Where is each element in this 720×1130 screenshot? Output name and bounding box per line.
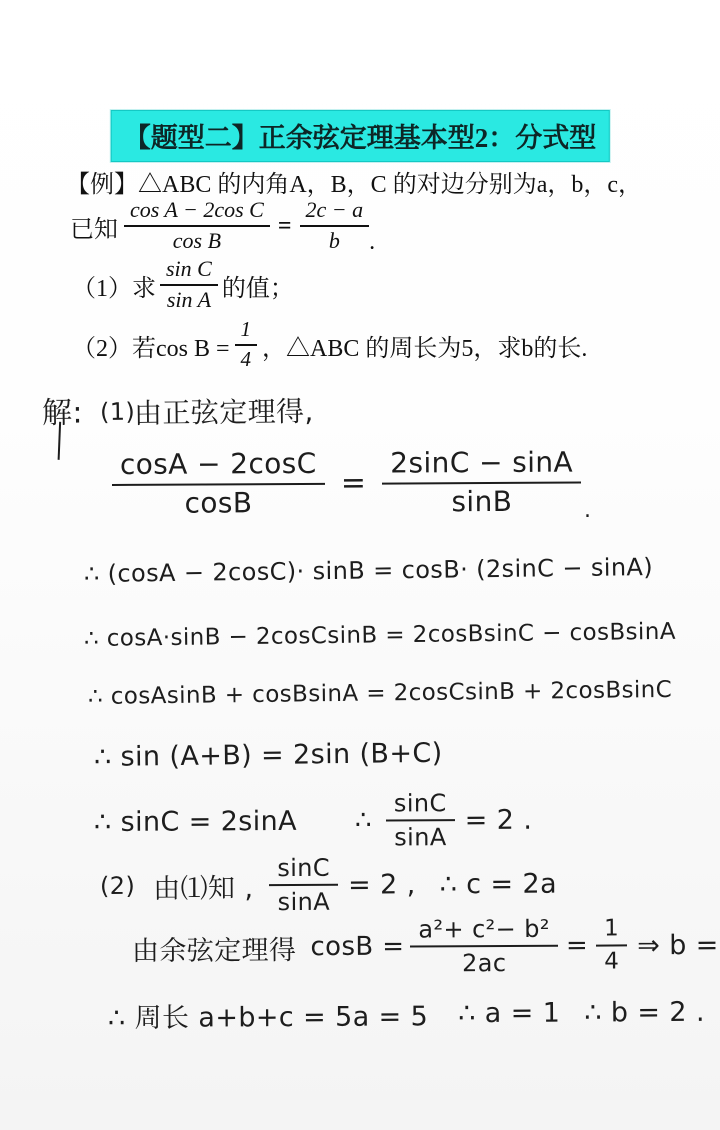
fraction-denominator: sin A: [167, 286, 211, 313]
fraction-numerator: 1: [596, 917, 627, 947]
equals-sign: =: [341, 466, 367, 501]
quarter-fraction: 1 4: [596, 917, 627, 976]
cosine-rule-heading: 由余弦定理得: [132, 928, 297, 968]
fraction-denominator: 2ac: [462, 947, 507, 977]
implies-result: ⇒ b = 2a: [637, 930, 720, 962]
question-1-fraction: sin C sin A: [160, 257, 218, 312]
fraction-numerator: cosA − 2cosC: [112, 449, 325, 486]
solution-step-6-left: ∴ sinC = 2sinA: [94, 806, 297, 838]
given-fraction-left: cos A − 2cos C cos B: [124, 198, 270, 253]
worksheet-page: 【题型二】正余弦定理基本型2：分式型 【例】△ABC 的内角A，B，C 的对边分…: [0, 0, 720, 1130]
final-b-value: ∴ b = 2 .: [584, 997, 705, 1029]
solution-step-2: ∴ (cosA − 2cosC)· sinB = cosB· (2sinC − …: [84, 553, 653, 588]
given-label: 已知: [70, 209, 118, 244]
solution-part2-number: (2): [100, 872, 135, 900]
fraction-denominator: sinB: [451, 484, 512, 518]
question-2-prefix: （2）若cos B =: [72, 328, 230, 363]
given-fraction-right: 2c − a b: [300, 198, 370, 253]
jie-brush-stroke: [58, 422, 62, 460]
final-perimeter: ∴ 周长 a+b+c = 5a = 5: [108, 994, 428, 1035]
solution-part2-heading: 由⑴知 ,: [153, 866, 253, 906]
solution-part1-heading: 由正弦定理得,: [134, 390, 314, 432]
fraction-denominator: 4: [241, 346, 252, 372]
fraction-denominator: b: [329, 227, 340, 254]
problem-intro: 【例】△ABC 的内角A，B，C 的对边分别为a，b，c，: [66, 164, 642, 199]
question-1-prefix: （1）求: [72, 268, 156, 303]
solution-part2-mid: = 2 ,: [348, 869, 416, 900]
solution-part2-result: ∴ c = 2a: [440, 868, 557, 900]
fraction-numerator: 2c − a: [300, 198, 370, 227]
question-1-suffix: 的值；: [222, 268, 294, 303]
equals-sign: =: [566, 931, 588, 961]
fraction-numerator: sinC: [269, 855, 338, 887]
handwritten-fraction: sinC sinA: [269, 855, 338, 916]
therefore-sign: ∴: [355, 806, 372, 836]
solution-step-3: ∴ cosA·sinB − 2cosCsinB = 2cosBsinC − co…: [84, 619, 676, 652]
handwritten-fraction-left: cosA − 2cosC cosB: [112, 449, 325, 520]
period: .: [584, 498, 591, 523]
fraction-denominator: cos B: [173, 227, 221, 254]
fraction-denominator: 4: [604, 947, 619, 975]
question-2-fraction: 1 4: [235, 318, 258, 371]
fraction-numerator: a²+ c²− b²: [410, 916, 558, 948]
jie-text: 解:: [42, 396, 83, 431]
page-title: 【题型二】正余弦定理基本型2：分式型: [111, 110, 610, 162]
fraction-numerator: sinC: [386, 790, 455, 822]
fraction-numerator: sin C: [160, 257, 218, 286]
fraction-numerator: 2sinC − sinA: [382, 448, 581, 485]
solution-jie-label: 解:: [42, 388, 83, 432]
equals-sign: =: [278, 213, 292, 240]
final-a-value: ∴ a = 1: [458, 998, 560, 1030]
fraction-numerator: 1: [235, 318, 258, 346]
fraction-denominator: sinA: [278, 886, 331, 916]
handwritten-fraction-right: 2sinC − sinA sinB: [382, 448, 581, 519]
fraction-denominator: sinA: [394, 822, 447, 852]
solution-step-5: ∴ sin (A+B) = 2sin (B+C): [94, 738, 443, 773]
solution-part1-number: (1): [100, 398, 136, 426]
cosine-lhs: cosB =: [310, 932, 404, 962]
solution-step-6-result: = 2 .: [465, 805, 533, 836]
cosine-fraction: a²+ c²− b² 2ac: [410, 916, 558, 978]
question-2-suffix: ，△ABC 的周长为5，求b的长.: [262, 328, 587, 363]
handwritten-fraction: sinC sinA: [386, 790, 455, 851]
fraction-denominator: cosB: [184, 485, 252, 519]
period: .: [369, 229, 375, 256]
solution-step-4: ∴ cosAsinB + cosBsinA = 2cosCsinB + 2cos…: [88, 677, 672, 710]
fraction-numerator: cos A − 2cos C: [124, 198, 270, 227]
